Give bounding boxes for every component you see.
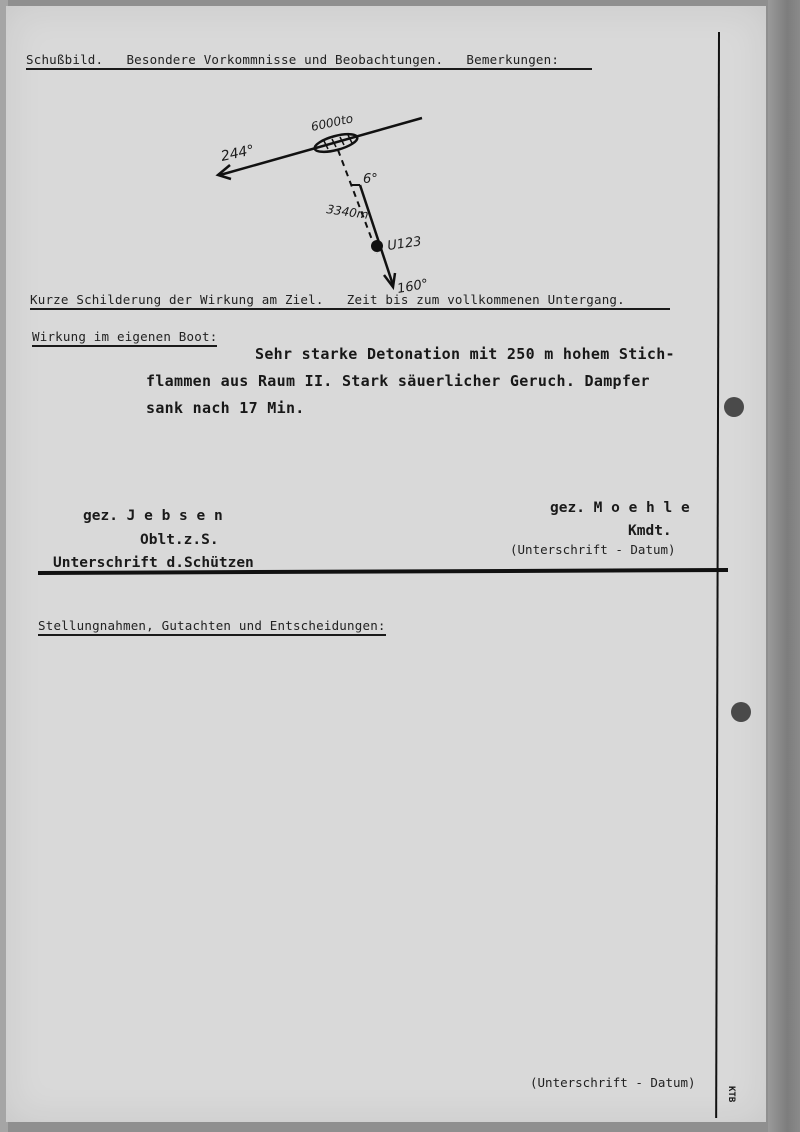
header-row: Schußbild. Besondere Vorkommnisse und Be… — [26, 52, 592, 70]
header-schussbild: Schußbild. — [26, 52, 103, 67]
svg-text:6°: 6° — [363, 172, 378, 187]
signature-left-rank: Oblt.z.S. — [140, 532, 219, 548]
header-schilderung: Kurze Schilderung der Wirkung am Ziel. — [30, 292, 324, 307]
description-line-2: flammen aus Raum II. Stark säuerlicher G… — [146, 368, 650, 395]
header-vorkommnisse: Besondere Vorkommnisse und Beobachtungen… — [126, 52, 443, 67]
signature-right-rank: Kmdt. — [628, 523, 672, 539]
header-bemerkungen: Bemerkungen: — [466, 52, 559, 67]
signature-left-name: gez. J e b s e n — [83, 508, 223, 524]
svg-text:6000to: 6000to — [310, 111, 355, 134]
effect-header-row: Kurze Schilderung der Wirkung am Ziel. Z… — [30, 292, 670, 310]
header-zeit: Zeit bis zum vollkommenen Untergang. — [347, 292, 625, 307]
description-line-3: sank nach 17 Min. — [146, 395, 305, 422]
punch-hole-icon — [724, 397, 744, 417]
svg-text:U123: U123 — [386, 234, 422, 254]
torpedo-shot-sketch: 244° 6000to 6° 3340m U123 160° — [200, 95, 460, 295]
signature-right-caption: (Unterschrift - Datum) — [510, 542, 676, 557]
signature-left-caption: Unterschrift d.Schützen — [53, 555, 254, 571]
header-stellungnahmen: Stellungnahmen, Gutachten und Entscheidu… — [38, 618, 386, 633]
svg-text:3340m: 3340m — [326, 202, 370, 222]
scan-background-right — [768, 0, 800, 1132]
header-wirkung-boot: Wirkung im eigenen Boot: — [32, 329, 217, 347]
punch-hole-icon — [731, 702, 751, 722]
margin-stamp: KTB — [726, 1086, 736, 1102]
bottom-signature-caption: (Unterschrift - Datum) — [530, 1075, 696, 1090]
description-line-1: Sehr starke Detonation mit 250 m hohem S… — [255, 341, 675, 368]
svg-text:244°: 244° — [220, 142, 256, 165]
stellungnahmen-text: Stellungnahmen, Gutachten und Entscheidu… — [38, 618, 386, 636]
signature-right-name: gez. M o e h l e — [550, 500, 690, 516]
